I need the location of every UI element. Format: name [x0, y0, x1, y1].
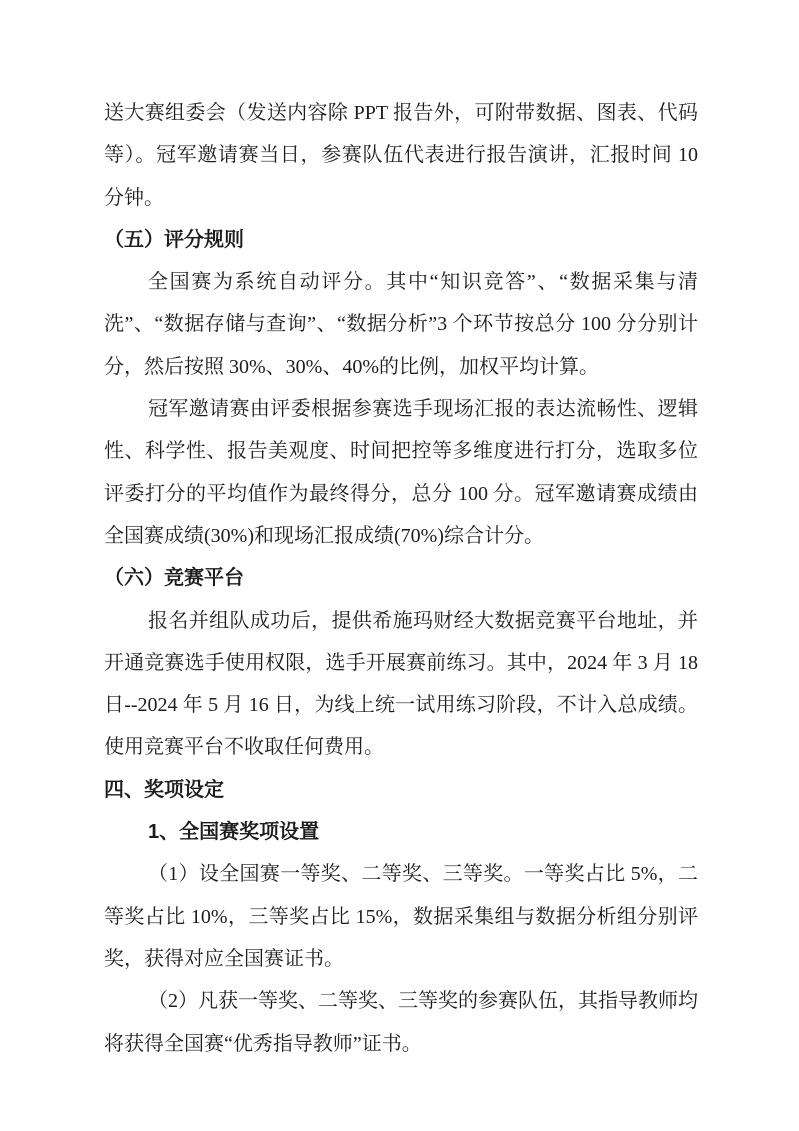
section-heading-scoring-rules: （五）评分规则 — [104, 219, 698, 261]
paragraph-national-auto-scoring: 全国赛为系统自动评分。其中“知识竞答”、“数据采集与清洗”、“数据存储与查询”、… — [104, 261, 698, 388]
continued-paragraph-submission: 送大赛组委会（发送内容除 PPT 报告外，可附带数据、图表、代码等）。冠军邀请赛… — [104, 92, 698, 219]
paragraph-platform-access: 报名并组队成功后，提供希施玛财经大数据竞赛平台地址，并开通竞赛选手使用权限，选手… — [104, 600, 698, 769]
chapter-heading-awards-setup: 四、奖项设定 — [104, 769, 698, 811]
paragraph-advisor-certificate: （2）凡获一等奖、二等奖、三等奖的参赛队伍，其指导教师均将获得全国赛“优秀指导教… — [104, 980, 698, 1065]
paragraph-award-tiers: （1）设全国赛一等奖、二等奖、三等奖。一等奖占比 5%，二等奖占比 10%，三等… — [104, 853, 698, 980]
paragraph-champion-invitational-scoring: 冠军邀请赛由评委根据参赛选手现场汇报的表达流畅性、逻辑性、科学性、报告美观度、时… — [104, 388, 698, 557]
section-heading-competition-platform: （六）竞赛平台 — [104, 557, 698, 599]
document-page: 送大赛组委会（发送内容除 PPT 报告外，可附带数据、图表、代码等）。冠军邀请赛… — [104, 92, 698, 1065]
subsection-heading-national-awards: 1、全国赛奖项设置 — [104, 811, 698, 853]
